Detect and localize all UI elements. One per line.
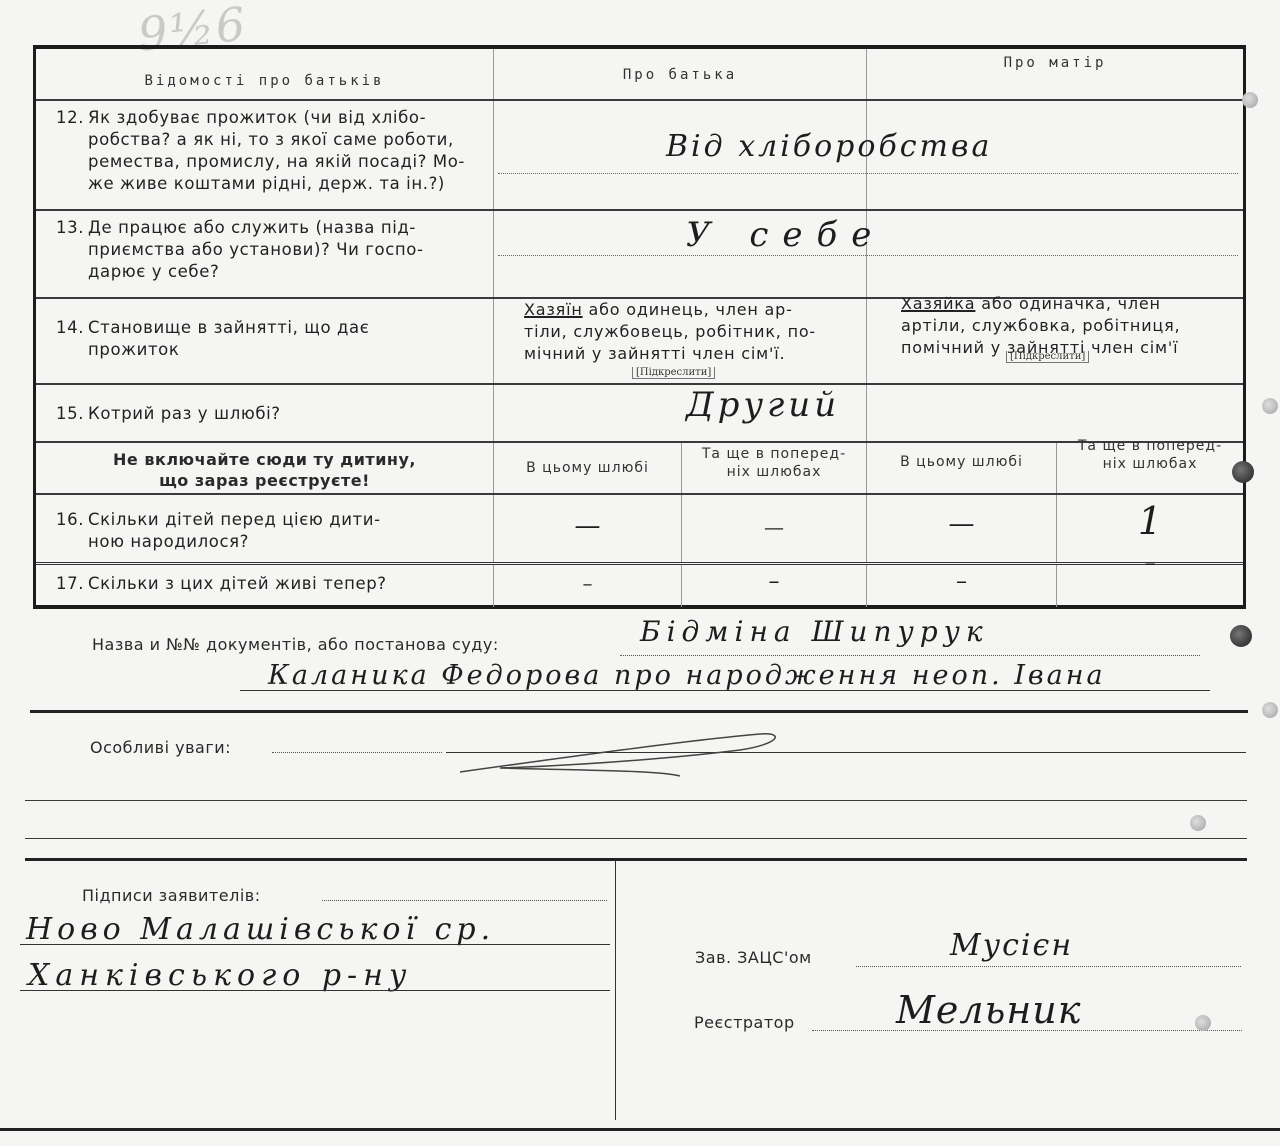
warning-note: Не включайте сюди ту дитину, що зараз ре…: [36, 443, 494, 493]
pin-icon: [1230, 625, 1252, 647]
head-registry-signature: Мусієн: [950, 928, 1073, 963]
living-father-this-marriage: –: [494, 565, 682, 607]
table-row-14: 14.Становище в зайнятті, що дає прожиток…: [36, 299, 1243, 385]
pin-icon: [1262, 398, 1278, 414]
answer-15-mother: [867, 385, 1243, 441]
subheader-mother-this-marriage: В цьому шлюбі: [867, 443, 1057, 493]
pin-icon: [1190, 815, 1206, 831]
pin-icon: [1195, 1015, 1211, 1031]
special-notes-line-3: [25, 838, 1247, 839]
question-13: 13.Де працює або служить (назва під- при…: [36, 211, 494, 297]
applicants-line-2: [20, 990, 610, 991]
cancel-stroke-icon: [440, 730, 800, 780]
table-header-row: Відомості про батьків Про батька Про мат…: [36, 49, 1243, 101]
special-notes-line-1: [272, 752, 442, 753]
divider-thick: [30, 710, 1248, 713]
table-row-12: 12.Як здобуває прожиток (чи від хлібо- р…: [36, 101, 1243, 211]
special-notes-label: Особливі уваги:: [90, 738, 231, 757]
handwritten-answer-15: Другий: [686, 385, 840, 425]
parents-info-table: Відомості про батьків Про батька Про мат…: [33, 45, 1246, 609]
underlined-option-father: Хазяїн: [524, 300, 583, 319]
answer-line: [498, 255, 1238, 256]
table-row-13: 13.Де працює або служить (назва під- при…: [36, 211, 1243, 299]
head-registry-line: [856, 966, 1241, 967]
question-15: 15.Котрий раз у шлюбі?: [36, 385, 494, 441]
children-father-this-marriage: —: [494, 495, 682, 562]
underline-instruction-mother: [Підкреслити]: [1006, 351, 1089, 363]
underlined-option-mother: Хазяйка: [901, 294, 975, 313]
registrar-signature: Мельник: [896, 988, 1081, 1032]
applicants-label: Підписи заявителів:: [82, 886, 261, 905]
registrar-label: Реєстратор: [694, 1013, 795, 1032]
header-about-mother: Про матір: [867, 49, 1243, 99]
signature-divider: [615, 860, 616, 1120]
special-notes-line-2: [25, 800, 1247, 801]
applicants-signature-line1: Ново Малашівської ср.: [26, 912, 495, 947]
bottom-rule: [0, 1128, 1280, 1131]
handwritten-answer-12: Від хліборобства: [666, 129, 992, 164]
children-subheader-row: Не включайте сюди ту дитину, що зараз ре…: [36, 443, 1243, 495]
applicants-line-1: [20, 944, 610, 945]
living-mother-previous-marriages: –: [1057, 551, 1243, 593]
subheader-mother-previous-marriages: Та ще в поперед- ніх шлюбах: [1057, 443, 1243, 493]
question-14: 14.Становище в зайнятті, що дає прожиток: [36, 299, 494, 383]
pin-icon: [1242, 92, 1258, 108]
living-father-previous-marriages: –: [682, 565, 867, 607]
children-father-previous-marriages: —: [682, 495, 867, 562]
question-17: 17.Скільки з цих дітей живі тепер?: [36, 565, 494, 607]
document-page: 9½6 Відомості про батьків Про батька Про…: [0, 0, 1280, 1146]
head-registry-label: Зав. ЗАЦС'ом: [695, 948, 812, 967]
applicants-line-0: [322, 900, 607, 901]
mother-occupation-options: Хазяйка або одиначка, член артіли, служб…: [867, 299, 1243, 383]
table-row-17: 17.Скільки з цих дітей живі тепер? – – –…: [36, 565, 1243, 607]
living-mother-this-marriage: –: [867, 565, 1057, 607]
question-12: 12.Як здобуває прожиток (чи від хлібо- р…: [36, 101, 494, 209]
pin-icon: [1262, 702, 1278, 718]
pin-icon: [1232, 461, 1254, 483]
subheader-father-this-marriage: В цьому шлюбі: [494, 443, 682, 493]
documents-line-1: [620, 655, 1200, 656]
header-about-father: Про батька: [494, 49, 867, 99]
question-16: 16.Скільки дітей перед цією дити- ною на…: [36, 495, 494, 562]
documents-label: Назва и №№ документів, або постанова суд…: [92, 635, 499, 654]
divider-thick-2: [25, 858, 1247, 861]
answer-line: [498, 173, 1238, 174]
underline-instruction-father: [Підкреслити]: [632, 367, 715, 379]
children-mother-this-marriage: —: [867, 495, 1057, 562]
answer-13-mother: [867, 211, 1243, 297]
applicants-signature-line2: Ханківського р-ну: [28, 958, 412, 993]
handwritten-documents-1: Бідміна Шипурук: [640, 615, 989, 648]
handwritten-documents-2: Каланика Федорова про народження неоп. І…: [268, 660, 1106, 691]
handwritten-answer-13: У себе: [686, 215, 885, 255]
header-parents-info: Відомості про батьків: [36, 49, 494, 99]
table-row-15: 15.Котрий раз у шлюбі? Другий: [36, 385, 1243, 443]
subheader-father-previous-marriages: Та ще в поперед- ніх шлюбах: [682, 443, 867, 493]
